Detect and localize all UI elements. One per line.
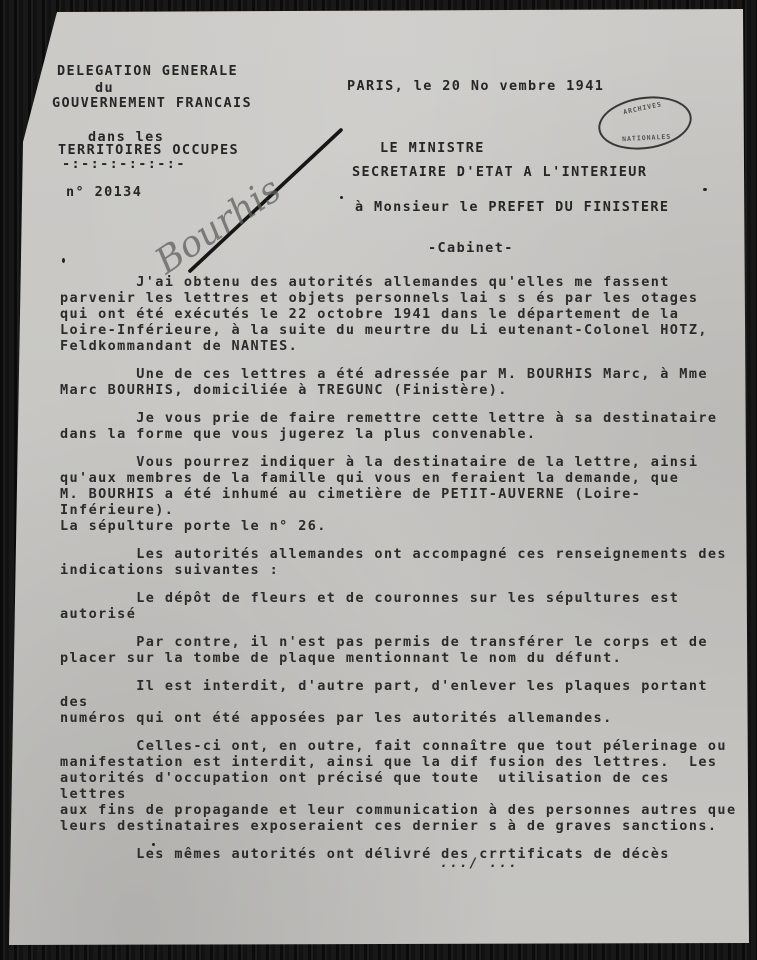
- recipient-line: à Monsieur le PREFET DU FINISTERE: [355, 199, 669, 215]
- scan-speck: [703, 188, 707, 191]
- scan-speck: [62, 258, 65, 263]
- paragraph: Il est interdit, d'autre part, d'enlever…: [60, 678, 744, 726]
- continuation-mark: .../ ...: [440, 856, 519, 871]
- sender-title: LE MINISTRE: [380, 140, 485, 156]
- reference-number: n° 20134: [66, 184, 142, 200]
- dateline: PARIS, le 20 No vembre 1941: [347, 78, 604, 94]
- paragraph: Je vous prie de faire remettre cette let…: [60, 410, 744, 442]
- sender-subtitle: SECRETAIRE D'ETAT A L'INTERIEUR: [352, 164, 647, 180]
- scan-speck: [340, 196, 343, 199]
- paragraph: Par contre, il n'est pas permis de trans…: [60, 634, 744, 666]
- paragraph: Le dépôt de fleurs et de couronnes sur l…: [60, 590, 744, 622]
- paragraph: Les autorités allemandes ont accompagné …: [60, 546, 744, 578]
- archives-stamp-icon: ARCHIVES NATIONALES: [595, 91, 695, 156]
- scan-speck: [152, 843, 155, 846]
- letter-page: DELEGATION GENERALE du GOUVERNEMENT FRAN…: [0, 0, 757, 960]
- paragraph: Une de ces lettres a été adressée par M.…: [60, 366, 744, 398]
- letterhead-line: du: [95, 80, 114, 96]
- paragraph: Vous pourrez indiquer à la destinataire …: [60, 454, 744, 534]
- paragraph: Les mêmes autorités ont délivré des crrt…: [60, 846, 744, 862]
- paragraph: J'ai obtenu des autorités allemandes qu'…: [60, 274, 744, 354]
- letterhead-line: DELEGATION GENERALE: [57, 63, 238, 79]
- document-scan: { "page": { "header_left": { "line1": "D…: [0, 0, 757, 960]
- paragraph: Celles-ci ont, en outre, fait connaître …: [60, 738, 744, 834]
- signature-text: Bourhis: [147, 169, 288, 283]
- handwritten-signature: Bourhis: [138, 103, 368, 298]
- stamp-text-top: ARCHIVES: [623, 100, 663, 116]
- stamp-text-bottom: NATIONALES: [622, 133, 671, 144]
- recipient-cabinet: -Cabinet-: [428, 240, 514, 256]
- letter-body: J'ai obtenu des autorités allemandes qu'…: [60, 274, 744, 874]
